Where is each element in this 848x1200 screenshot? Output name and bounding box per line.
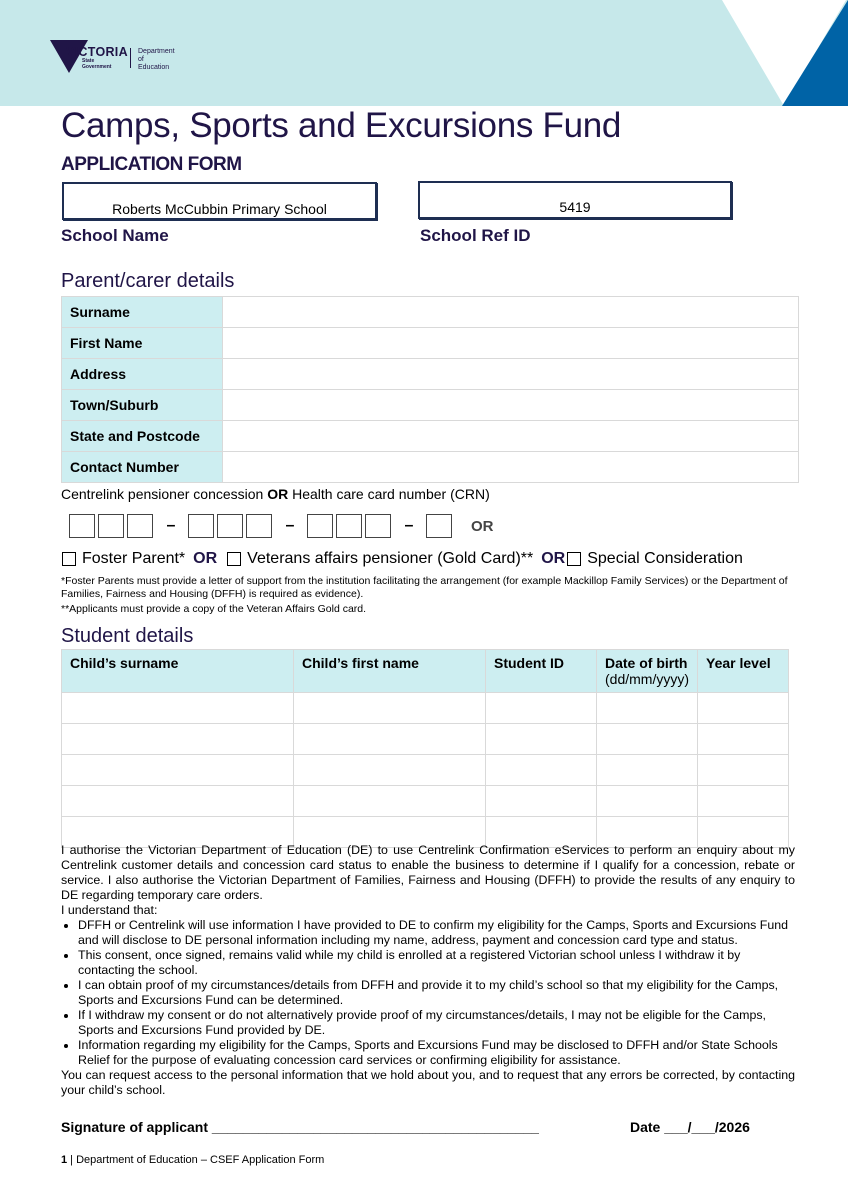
consent-paragraph: I authorise the Victorian Department of … xyxy=(61,843,795,903)
consent-understand: I understand that: xyxy=(61,903,795,918)
parent-field-label: Address xyxy=(62,359,223,390)
crn-digit-box[interactable] xyxy=(426,514,452,538)
consent-closing: You can request access to the personal i… xyxy=(61,1068,795,1098)
parent-field-label: First Name xyxy=(62,328,223,359)
parent-field-row: Contact Number xyxy=(62,452,799,483)
crn-label-post: Health care card number (CRN) xyxy=(288,486,490,502)
parent-field-label: Town/Suburb xyxy=(62,390,223,421)
foster-parent-label: Foster Parent* xyxy=(82,550,185,568)
student-cell-input[interactable] xyxy=(294,724,486,755)
student-cell-input[interactable] xyxy=(294,693,486,724)
student-cell-input[interactable] xyxy=(698,693,789,724)
student-cell-input[interactable] xyxy=(62,786,294,817)
crn-digit-box[interactable] xyxy=(365,514,391,538)
student-cell-input[interactable] xyxy=(486,755,597,786)
student-cell-input[interactable] xyxy=(597,693,698,724)
list-item: This consent, once signed, remains valid… xyxy=(78,948,795,978)
crn-digit-box[interactable] xyxy=(336,514,362,538)
date-value: ___/___/2026 xyxy=(664,1119,750,1135)
col-dob: Date of birth(dd/mm/yyyy) xyxy=(597,650,698,693)
parent-field-input[interactable] xyxy=(223,328,799,359)
table-row xyxy=(62,755,789,786)
parent-section-heading: Parent/carer details xyxy=(61,270,234,293)
logo-wordmark: VICTORIA xyxy=(66,45,128,59)
department-name: Department of Education xyxy=(138,48,175,72)
logo-divider xyxy=(130,48,131,68)
parent-field-input[interactable] xyxy=(223,359,799,390)
table-row xyxy=(62,724,789,755)
student-cell-input[interactable] xyxy=(294,786,486,817)
col-year-level: Year level xyxy=(698,650,789,693)
crn-digit-box[interactable] xyxy=(246,514,272,538)
department-line2: of Education xyxy=(138,56,175,72)
veterans-checkbox[interactable] xyxy=(227,552,241,566)
col-student-id: Student ID xyxy=(486,650,597,693)
date-label: Date xyxy=(630,1119,660,1135)
date-field[interactable]: Date ___/___/2026 xyxy=(630,1119,750,1135)
or-label: OR xyxy=(193,550,217,568)
page-subtitle: APPLICATION FORM xyxy=(61,154,242,176)
footer-text: | Department of Education – CSEF Applica… xyxy=(67,1154,324,1166)
col-dob-label: Date of birth xyxy=(605,655,687,671)
crn-input-row: – – – OR xyxy=(69,514,494,538)
parent-field-input[interactable] xyxy=(223,421,799,452)
crn-label-or: OR xyxy=(267,486,288,502)
list-item: Information regarding my eligibility for… xyxy=(78,1038,795,1068)
crn-digit-box[interactable] xyxy=(127,514,153,538)
logo-sub-line2: Government xyxy=(82,65,111,71)
parent-field-label: Contact Number xyxy=(62,452,223,483)
student-details-table: Child’s surname Child’s first name Stude… xyxy=(61,649,789,848)
parent-field-row: State and Postcode xyxy=(62,421,799,452)
student-cell-input[interactable] xyxy=(294,755,486,786)
student-cell-input[interactable] xyxy=(698,755,789,786)
crn-separator: – xyxy=(396,517,422,535)
consent-text: I authorise the Victorian Department of … xyxy=(61,843,795,1098)
parent-field-input[interactable] xyxy=(223,452,799,483)
department-line1: Department xyxy=(138,48,175,56)
crn-separator: – xyxy=(158,517,184,535)
list-item: I can obtain proof of my circumstances/d… xyxy=(78,978,795,1008)
crn-digit-box[interactable] xyxy=(98,514,124,538)
page-footer: 1 | Department of Education – CSEF Appli… xyxy=(61,1154,324,1166)
table-row xyxy=(62,693,789,724)
parent-details-table: SurnameFirst NameAddressTown/SuburbState… xyxy=(61,296,799,483)
parent-field-input[interactable] xyxy=(223,297,799,328)
school-name-label: School Name xyxy=(61,226,169,246)
signature-field[interactable]: Signature of applicant _________________… xyxy=(61,1119,539,1135)
crn-digit-box[interactable] xyxy=(307,514,333,538)
crn-label-pre: Centrelink pensioner concession xyxy=(61,486,267,502)
crn-label: Centrelink pensioner concession OR Healt… xyxy=(61,486,490,502)
signature-label: Signature of applicant xyxy=(61,1119,208,1135)
student-cell-input[interactable] xyxy=(698,724,789,755)
student-cell-input[interactable] xyxy=(597,786,698,817)
parent-field-label: Surname xyxy=(62,297,223,328)
student-cell-input[interactable] xyxy=(597,755,698,786)
list-item: If I withdraw my consent or do not alter… xyxy=(78,1008,795,1038)
student-cell-input[interactable] xyxy=(486,693,597,724)
parent-field-row: Surname xyxy=(62,297,799,328)
parent-field-row: First Name xyxy=(62,328,799,359)
parent-field-label: State and Postcode xyxy=(62,421,223,452)
school-name-field[interactable]: Roberts McCubbin Primary School xyxy=(62,182,377,220)
foster-note: *Foster Parents must provide a letter of… xyxy=(61,575,806,601)
foster-parent-checkbox[interactable] xyxy=(62,552,76,566)
special-consideration-label: Special Consideration xyxy=(587,550,743,568)
crn-or-text: OR xyxy=(471,518,494,535)
col-surname: Child’s surname xyxy=(62,650,294,693)
page-title: Camps, Sports and Excursions Fund xyxy=(61,106,621,146)
crn-digit-box[interactable] xyxy=(188,514,214,538)
student-cell-input[interactable] xyxy=(486,786,597,817)
crn-digit-box[interactable] xyxy=(217,514,243,538)
or-label: OR xyxy=(541,550,565,568)
special-consideration-checkbox[interactable] xyxy=(567,552,581,566)
col-first-name: Child’s first name xyxy=(294,650,486,693)
crn-digit-box[interactable] xyxy=(69,514,95,538)
student-cell-input[interactable] xyxy=(698,786,789,817)
student-cell-input[interactable] xyxy=(597,724,698,755)
crn-separator: – xyxy=(277,517,303,535)
logo-subtext: State Government xyxy=(82,59,111,70)
veterans-note: **Applicants must provide a copy of the … xyxy=(61,603,806,616)
student-cell-input[interactable] xyxy=(486,724,597,755)
table-row xyxy=(62,786,789,817)
parent-field-input[interactable] xyxy=(223,390,799,421)
school-ref-id-label: School Ref ID xyxy=(420,226,531,246)
parent-field-row: Town/Suburb xyxy=(62,390,799,421)
student-cell-input[interactable] xyxy=(62,755,294,786)
student-section-heading: Student details xyxy=(61,625,193,648)
student-cell-input[interactable] xyxy=(62,693,294,724)
school-ref-id-field[interactable]: 5419 xyxy=(418,181,732,219)
veterans-label: Veterans affairs pensioner (Gold Card)** xyxy=(247,550,533,568)
consent-bullets: DFFH or Centrelink will use information … xyxy=(61,918,795,1068)
signature-line: ________________________________________… xyxy=(212,1119,539,1135)
eligibility-options: Foster Parent* OR Veterans affairs pensi… xyxy=(62,550,743,568)
parent-field-row: Address xyxy=(62,359,799,390)
student-cell-input[interactable] xyxy=(62,724,294,755)
col-dob-hint: (dd/mm/yyyy) xyxy=(605,671,689,687)
list-item: DFFH or Centrelink will use information … xyxy=(78,918,795,948)
